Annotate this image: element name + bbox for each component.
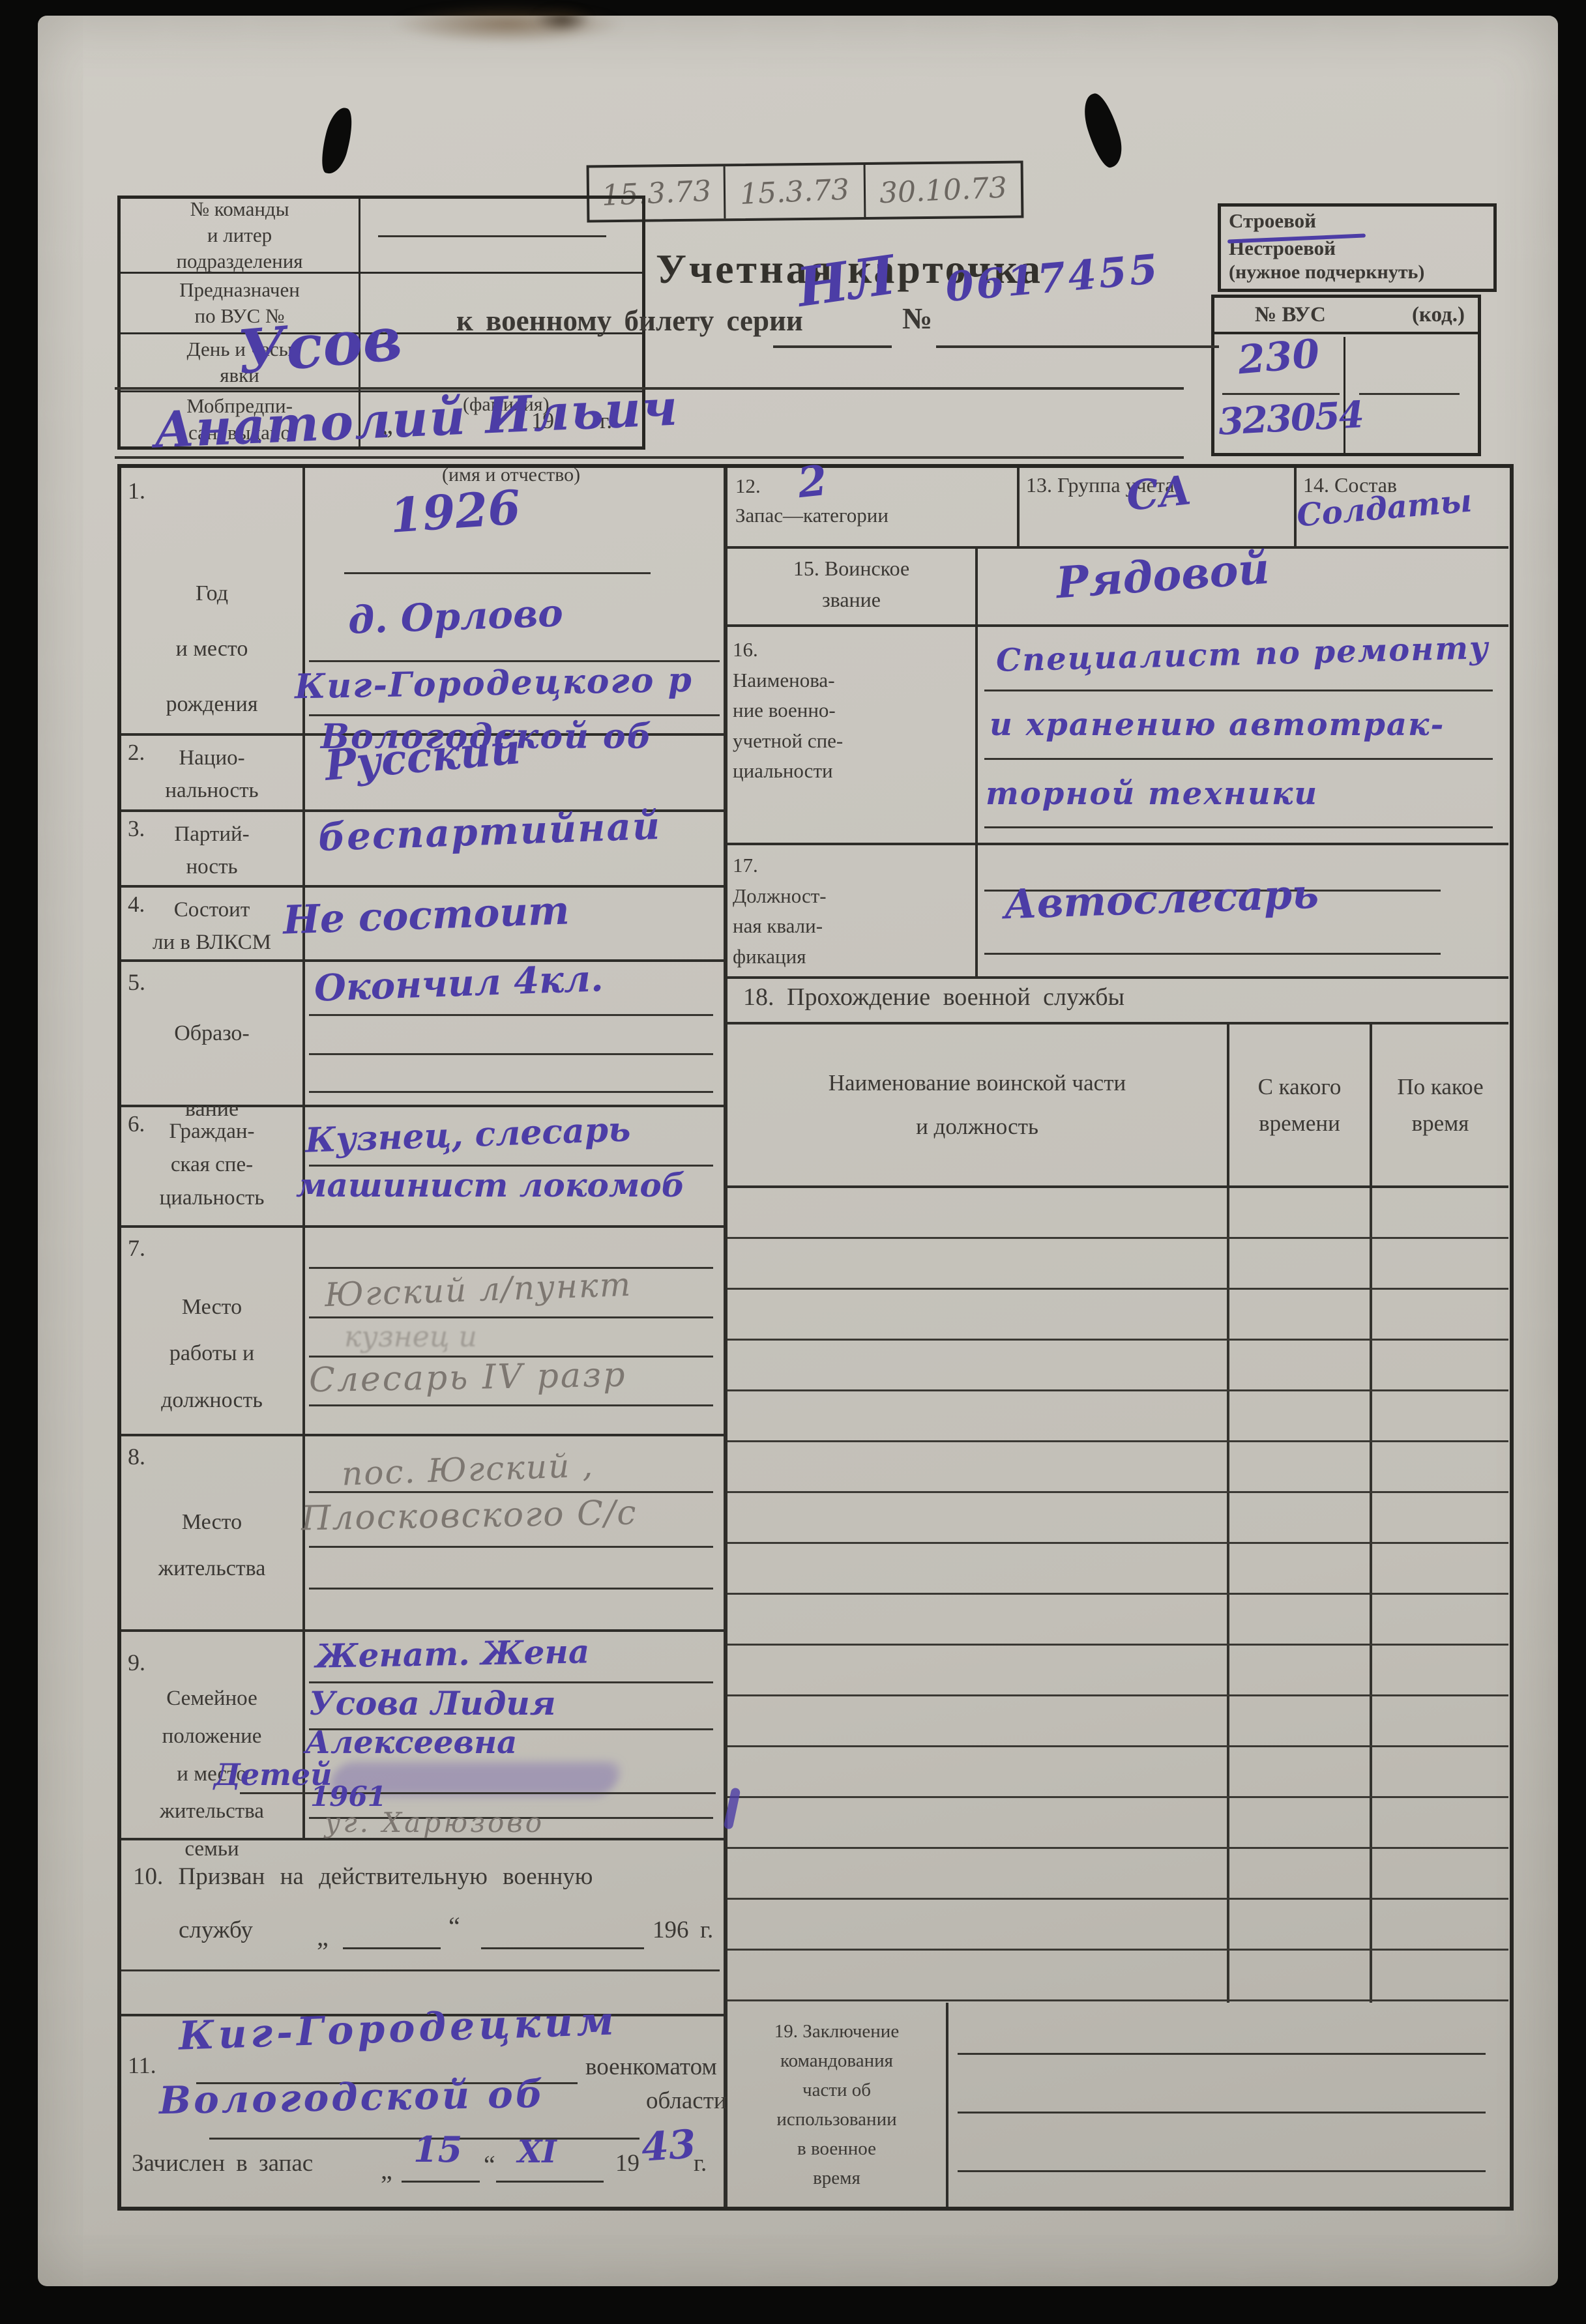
specialty-line1: Специалист по ремонту: [995, 630, 1490, 679]
vus-box-header: № ВУС (код.): [1214, 298, 1478, 334]
stroevoy-box: Строевой Нестроевой (нужное подчеркнуть): [1218, 203, 1497, 292]
vus-box-body: 230 323054: [1214, 337, 1478, 453]
service-title-row: 18. Прохождение военной службы: [727, 976, 1508, 1024]
vus-code-label: (код.): [1412, 303, 1465, 327]
field-military-service: 18. Прохождение военной службы Наименова…: [727, 976, 1508, 2003]
civil-specialty-line2: машинист локомоб: [296, 1166, 685, 1204]
vus-number-value: 230: [1236, 331, 1321, 384]
qualification-value: Автослесарь: [1003, 870, 1319, 929]
specialty-line3: торной техники: [986, 776, 1318, 812]
reserve-enrolled-printed: Зачислен в запас: [132, 2149, 313, 2177]
field-party-membership: 3. Партий- ность беспартийнай: [121, 809, 724, 888]
field-label: Место жительства: [121, 1499, 302, 1592]
field-number: 11.: [128, 2052, 156, 2079]
punch-hole-right: [1078, 90, 1128, 171]
field-reserve-category: 12. Запас—категории 2: [727, 468, 1020, 546]
field-label: 19. Заключение командования части об исп…: [730, 2017, 943, 2193]
region-printed: области: [646, 2087, 727, 2115]
field-education: 5. Образо- вание Окончил 4кл.: [121, 959, 724, 1107]
date-cell: 30.10.73: [866, 164, 1021, 217]
field-number: 7.: [128, 1234, 145, 1262]
residence-line1: пос. Югский ,: [341, 1446, 595, 1492]
field-number: 5.: [128, 968, 145, 996]
field-number: 9.: [128, 1649, 145, 1676]
field-accounting-group: 13. Группа учета СА: [1017, 468, 1297, 546]
accounting-group-value: СА: [1124, 466, 1194, 520]
education-value: Окончил 4кл.: [314, 957, 604, 1009]
vus-code-value: 323054: [1217, 393, 1364, 444]
field-family-status: 9. Семейное положение и место жительства…: [121, 1629, 724, 1840]
field-military-specialty: 16. Наименова- ние военно- учетной спе- …: [727, 624, 1508, 845]
field-label: 17. Должност- ная квали- фикация: [733, 850, 970, 972]
family-residence: уг. Харюзово: [325, 1807, 544, 1838]
field-label: Состоит ли в ВЛКСМ: [121, 894, 302, 959]
quote-open: „: [381, 2155, 392, 2185]
service-table-body: [727, 1188, 1508, 2003]
field-composition: 14. Состав Солдаты: [1294, 468, 1508, 546]
field-military-commissariat: Киг-Городецким 11. военкоматом Вологодск…: [121, 2014, 724, 2207]
commissariat-region-hand: Вологодской об: [158, 2072, 546, 2123]
paper-sheet: 15.3.73 15.3.73 30.10.73 № команды и лит…: [38, 16, 1558, 2286]
family-line1: Женат. Жена: [316, 1632, 590, 1675]
drafted-year-printed: 196: [653, 1916, 689, 1944]
work-place-line2: кузнец и: [344, 1320, 477, 1354]
date-value: 30.10.73: [879, 171, 1008, 210]
left-column: 1. Год и место рождения 1926 д. Орлово К…: [121, 468, 724, 2207]
serial-prefix: к военному билету серии: [456, 304, 803, 338]
reserve-category-value: 2: [795, 456, 829, 508]
work-position-line: Слесарь IV разр: [309, 1356, 627, 1400]
commissariat-printed: военкоматом: [585, 2053, 717, 2081]
field-label: Место работы и должность: [121, 1284, 302, 1423]
underline-note: (нужное подчеркнуть): [1229, 261, 1486, 283]
work-place-line1: Югский л/пункт: [324, 1266, 632, 1314]
military-rank-value: Рядовой: [1055, 543, 1271, 609]
field-civil-specialty: 6. Граждан- ская спе- циальность Кузнец,…: [121, 1105, 724, 1228]
field-birth-year-place: 1. Год и место рождения 1926 д. Орлово К…: [121, 468, 724, 736]
vus-header-label: № ВУС: [1255, 303, 1326, 327]
main-table: 1. Год и место рождения 1926 д. Орлово К…: [117, 464, 1514, 2211]
punch-hole-left: [317, 105, 357, 177]
stroevoy-option: Строевой: [1229, 209, 1486, 233]
col-header-unit: Наименование воинской части и должность: [829, 1062, 1126, 1148]
reserve-month-hand: XI: [518, 2134, 557, 2170]
quote-close: “: [484, 2149, 495, 2180]
field-residence: 8. Место жительства пос. Югский , Плоско…: [121, 1434, 724, 1632]
empty-service-rows: [727, 1188, 1508, 2003]
scanned-military-registration-card: 15.3.73 15.3.73 30.10.73 № команды и лит…: [0, 0, 1586, 2324]
birth-place-district: Киг-Городецкого р: [295, 660, 694, 707]
paper-stain: [533, 7, 592, 33]
col-header-from: С какого времени: [1258, 1069, 1342, 1142]
vlksm-value: Не состоит: [282, 888, 570, 943]
drafted-text-line2: службу: [179, 1916, 253, 1944]
field-label: № команды и литер подразделения: [176, 196, 302, 275]
quote-close: “: [448, 1911, 460, 1941]
field-label: Нацио- нальность: [121, 742, 302, 807]
birth-year-value: 1926: [388, 479, 522, 544]
field-number: 8.: [128, 1443, 145, 1470]
drafted-year-suffix: г.: [700, 1916, 713, 1944]
field-number: 1.: [128, 477, 145, 504]
right-column: 12. Запас—категории 2 13. Группа учета С…: [727, 468, 1508, 2207]
field-drafted: 10. Призван на действительную военную сл…: [121, 1838, 724, 2016]
date-cell: 15.3.73: [726, 165, 866, 218]
party-value: беспартийнай: [317, 804, 662, 860]
field-command-conclusion: 19. Заключение командования части об исп…: [727, 2003, 1508, 2207]
field-position-qualification: 17. Должност- ная квали- фикация Автосле…: [727, 843, 1508, 979]
header-row-team: № команды и литер подразделения: [121, 199, 642, 274]
field-label: Год и место рождения: [121, 566, 302, 732]
serial-no-sign: №: [902, 301, 932, 336]
col-header-to: По какое время: [1397, 1069, 1483, 1142]
dates-box: 15.3.73 15.3.73 30.10.73: [587, 160, 1024, 222]
civil-specialty-line1: Кузнец, слесарь: [304, 1109, 631, 1160]
reserve-year-hand: 43: [640, 2121, 698, 2171]
field-label: 15. Воинское звание: [727, 553, 975, 615]
reserve-year-printed: 19: [615, 2149, 639, 2177]
quote-open: „: [317, 1921, 329, 1952]
reserve-day-hand: 15: [413, 2128, 462, 2170]
birth-place-village: д. Орлово: [347, 590, 564, 642]
family-line3: Алексеевна: [305, 1724, 517, 1761]
service-section-title: 18. Прохождение военной службы: [743, 983, 1124, 1011]
residence-line2: Плосковского С/с: [301, 1494, 638, 1539]
date-value: 15.3.73: [739, 173, 850, 211]
field-military-rank: 15. Воинское звание Рядовой: [727, 546, 1508, 627]
vus-number-box: № ВУС (код.) 230 323054: [1211, 295, 1481, 456]
surname-value: Усов: [235, 303, 405, 388]
drafted-text-line1: 10. Призван на действительную военную: [133, 1863, 593, 1891]
field-label: 16. Наименова- ние военно- учетной спе- …: [733, 635, 970, 787]
family-line2: Усова Лидия: [309, 1684, 556, 1722]
field-vlksm-membership: 4. Состоит ли в ВЛКСМ Не состоит: [121, 885, 724, 962]
serial-series-value: НЛ: [793, 244, 899, 319]
specialty-line2: и хранению автотрак-: [990, 706, 1445, 743]
field-work-place: 7. Место работы и должность Югский л/пун…: [121, 1225, 724, 1436]
field-label: Партий- ность: [121, 819, 302, 883]
fields-12-13-14: 12. Запас—категории 2 13. Группа учета С…: [727, 468, 1508, 549]
field-label: Граждан- ская спе- циальность: [121, 1115, 302, 1215]
service-table-header: Наименование воинской части и должность …: [727, 1024, 1508, 1188]
